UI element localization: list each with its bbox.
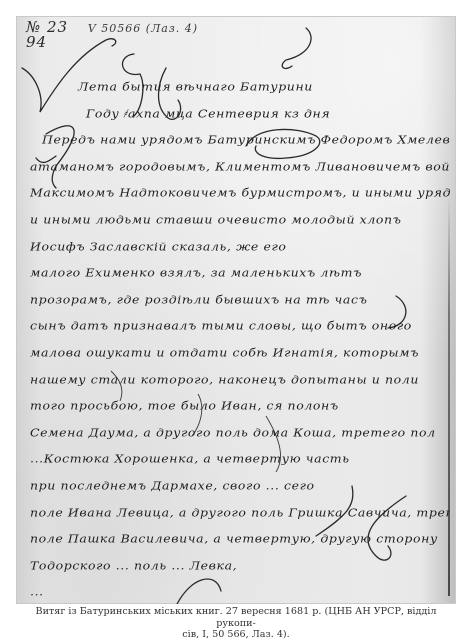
caption-line-2: сів, І, 50 566, Лаз. 4). <box>16 629 456 641</box>
manuscript-line: Семена Даума, а другого поль дома Коша, … <box>30 421 450 445</box>
manuscript-line: Иосифъ Заславскій сказаль, же его <box>30 235 450 259</box>
manuscript-line: поле Пашка Василевича, а четвертую, друг… <box>30 527 450 551</box>
manuscript-line: при последнемъ Дармахе, свого ... сего <box>30 474 450 498</box>
manuscript-text: Лета бытия вѣчнаго Батурини Году ҂ахпа м… <box>30 74 450 604</box>
manuscript-line: атаманомъ городовымъ, Климентомъ Ливанов… <box>30 155 450 179</box>
manuscript-line: Тодорского ... поль ... Левка, <box>30 554 450 578</box>
manuscript-line: того просьбою, тое было Иван, ся полонъ <box>30 394 450 418</box>
manuscript-line: поле Ивана Левица, а другого поль Гришка… <box>30 501 450 525</box>
manuscript-scan: № 23 V 50566 (Лаз. 4) 94 <box>16 16 456 604</box>
archive-reference: V 50566 (Лаз. 4) <box>88 22 198 35</box>
archive-label: № 23 V 50566 (Лаз. 4) 94 <box>26 18 198 51</box>
manuscript-line: нашему стали которого, наконецъ допытаны… <box>30 368 450 392</box>
manuscript-line: ...Костюка Хорошенка, а четвертую часть <box>30 447 450 471</box>
manuscript-line: малого Ехименко взялъ, за маленькихъ лѣт… <box>30 261 450 285</box>
manuscript-line: и иными людьми ставши очевисто молодый х… <box>30 208 450 232</box>
manuscript-line: Лета бытия вѣчнаго Батурини <box>30 75 450 99</box>
manuscript-line: Передъ нами урядомъ Батуринскимъ Федором… <box>30 128 450 152</box>
manuscript-line: сынъ датъ признавалъ тыми словы, що бытъ… <box>30 314 450 338</box>
manuscript-line: малова ошукати и отдати собѣ Игнатія, ко… <box>30 341 450 365</box>
document-page: № 23 V 50566 (Лаз. 4) 94 <box>0 0 474 642</box>
manuscript-line: Максимомъ Надтоковичемъ бурмистромъ, и и… <box>30 181 450 205</box>
caption-line-1: Витяг із Батуринських міських книг. 27 в… <box>16 606 456 629</box>
manuscript-line: ... <box>30 580 450 604</box>
manuscript-line: Году ҂ахпа мца Сентеврия кз дня <box>30 102 450 126</box>
figure-caption: Витяг із Батуринських міських книг. 27 в… <box>16 606 456 641</box>
manuscript-line: прозорамъ, где роздіѣли бывшихъ на тѣ ча… <box>30 288 450 312</box>
